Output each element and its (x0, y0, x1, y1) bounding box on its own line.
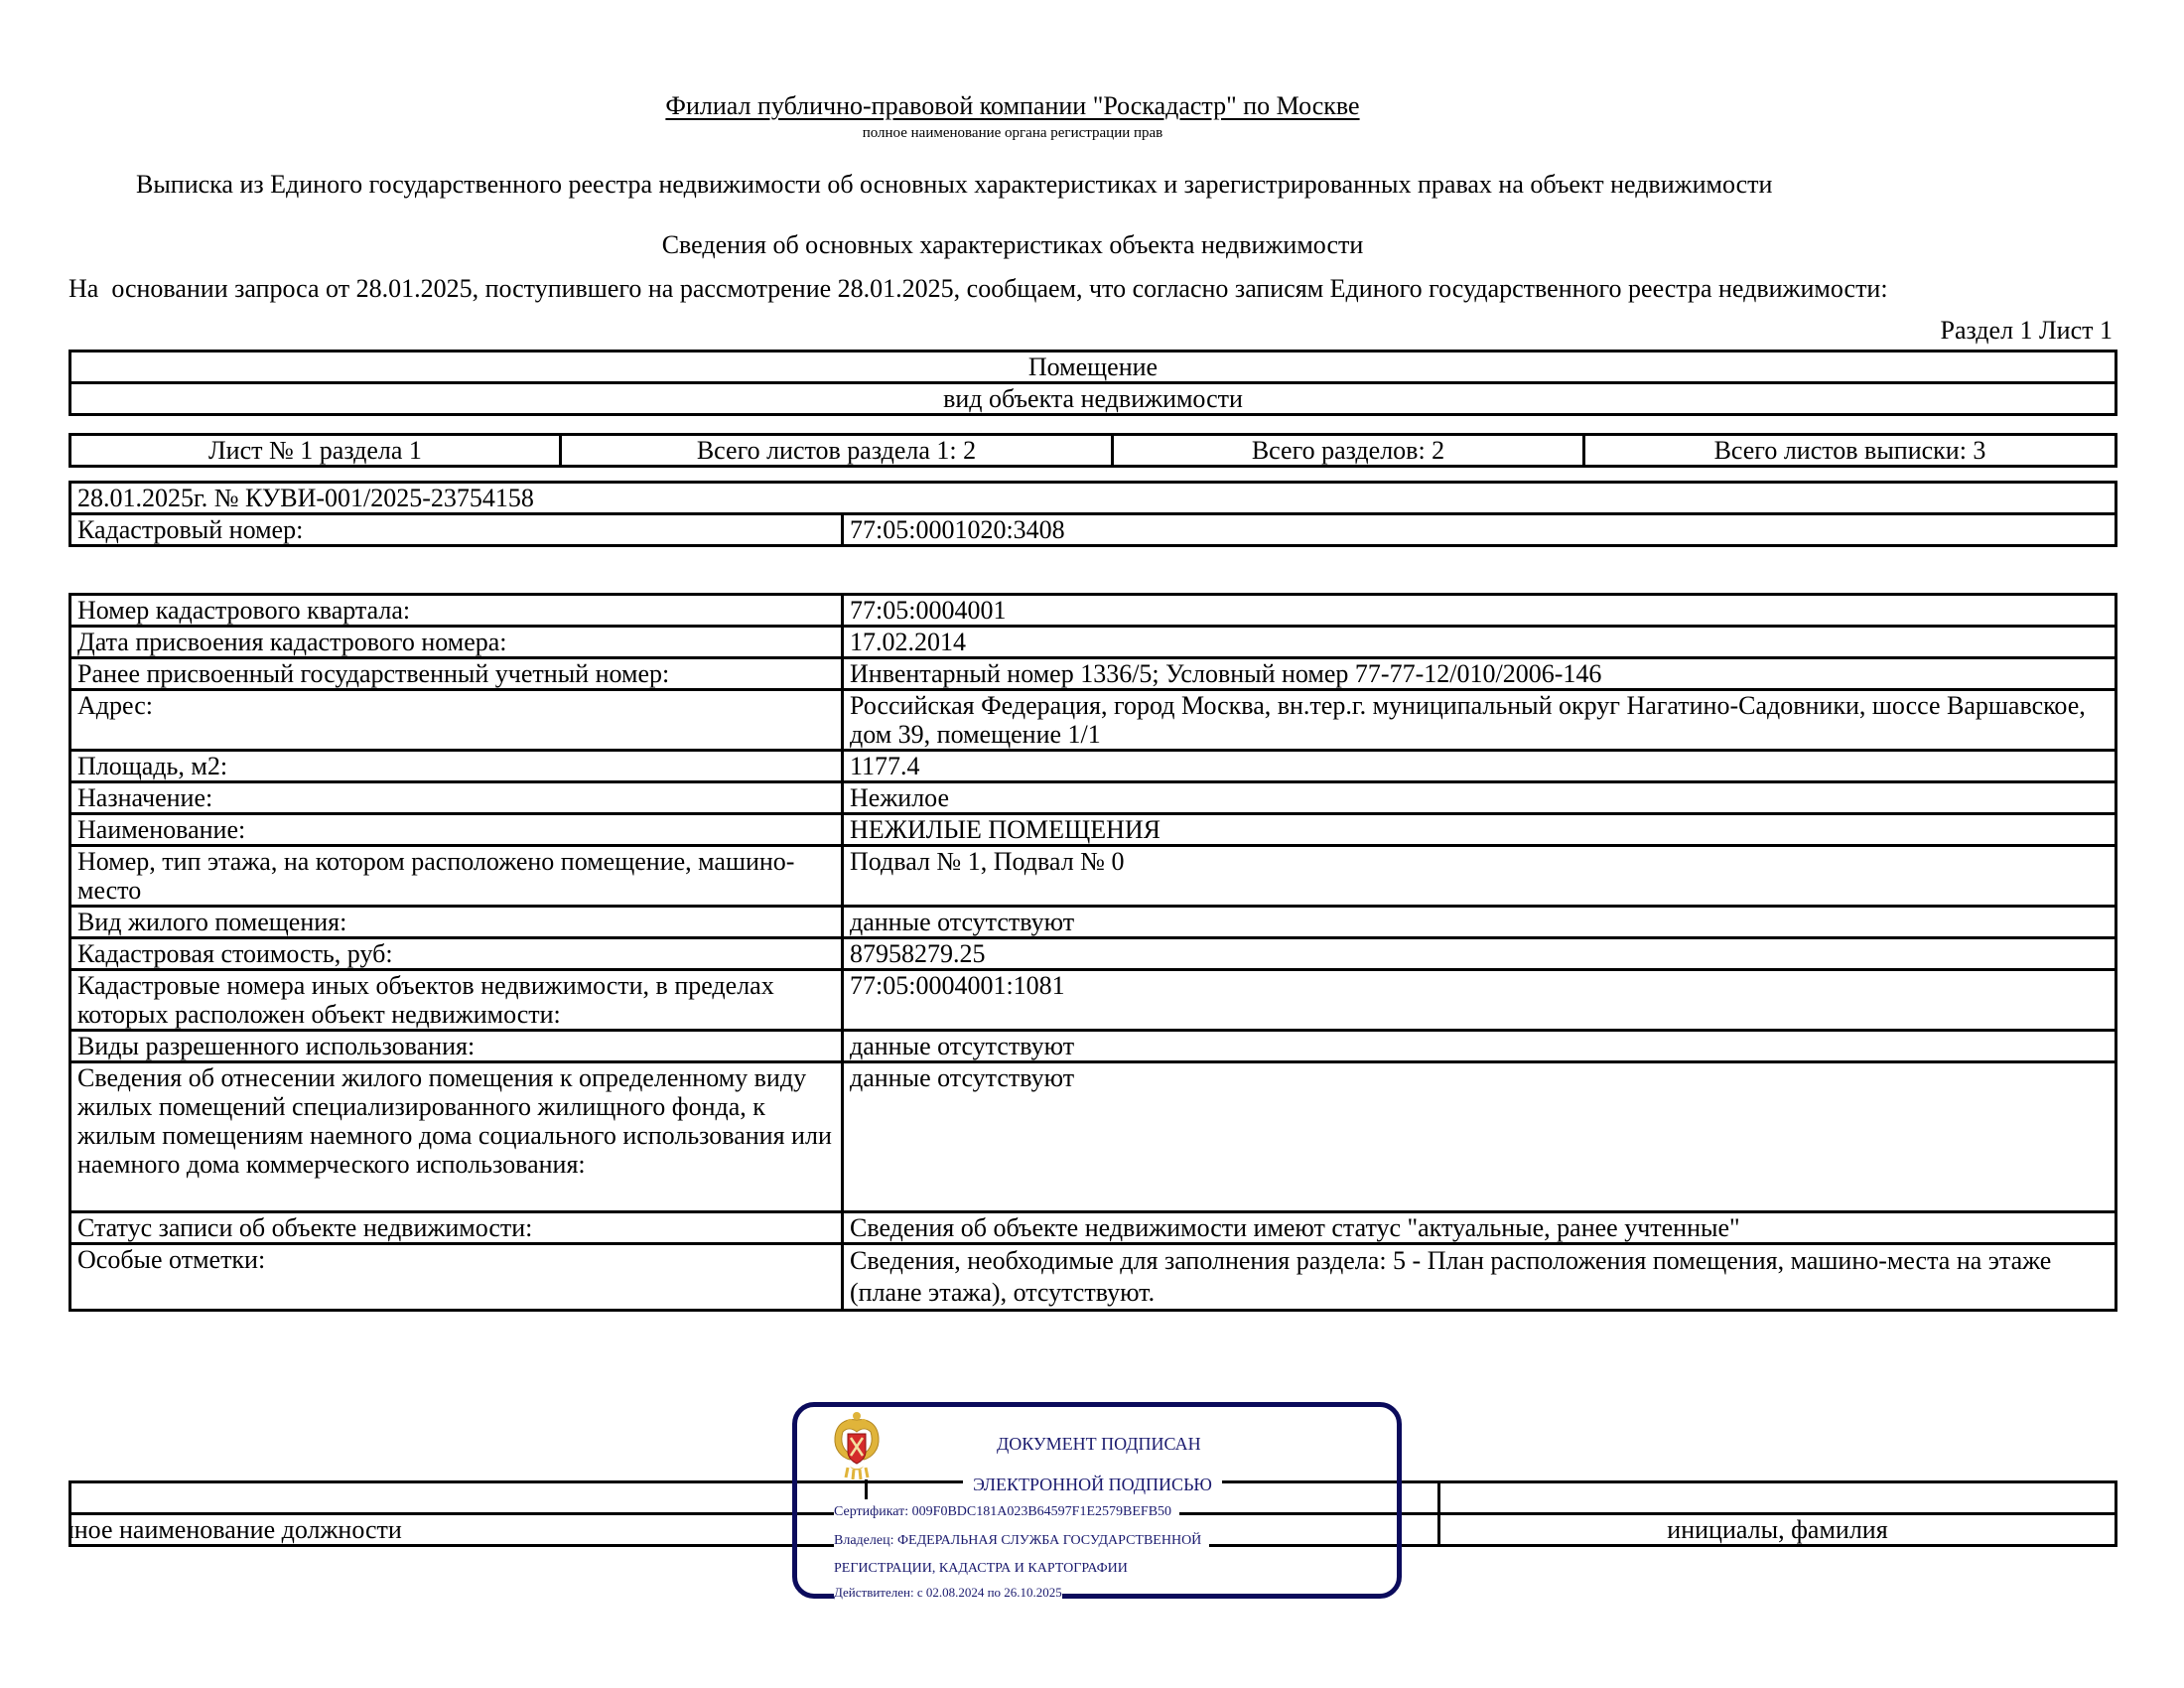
table-row: Номер кадастрового квартала:77:05:000400… (70, 595, 2116, 627)
characteristics-table: Номер кадастрового квартала:77:05:000400… (68, 593, 2117, 1312)
table-row: Дата присвоения кадастрового номера:17.0… (70, 627, 2116, 658)
stamp-title-line2: ЭЛЕКТРОННОЙ ПОДПИСЬЮ (963, 1474, 1222, 1495)
request-number: 28.01.2025г. № КУВИ-001/2025-23754158 (70, 483, 2116, 514)
section-sheet-label: Раздел 1 Лист 1 (1941, 316, 2114, 346)
row-value: данные отсутствуют (843, 907, 2116, 938)
cadastral-number-value: 77:05:0001020:3408 (843, 514, 2116, 546)
table-row: Виды разрешенного использования:данные о… (70, 1031, 2116, 1062)
document-title: Выписка из Единого государственного реес… (136, 170, 1772, 200)
position-caption-text: полное наименование должности (70, 1515, 402, 1544)
row-label: Кадастровая стоимость, руб: (70, 938, 843, 970)
row-label: Наименование: (70, 814, 843, 846)
name-field (1439, 1482, 2116, 1514)
sections-total: Всего разделов: 2 (1113, 435, 1584, 467)
row-label: Назначение: (70, 782, 843, 814)
name-caption: инициалы, фамилия (1439, 1514, 2116, 1546)
extract-sheets-total: Всего листов выписки: 3 (1584, 435, 2116, 467)
table-row: Адрес:Российская Федерация, город Москва… (70, 690, 2116, 751)
table-row: Статус записи об объекте недвижимости:Св… (70, 1211, 2116, 1243)
row-value: Нежилое (843, 782, 2116, 814)
row-label: Адрес: (70, 690, 843, 751)
row-label: Особые отметки: (70, 1243, 843, 1310)
organization-name: Филиал публично-правовой компании "Роска… (0, 91, 2025, 121)
row-label: Номер кадастрового квартала: (70, 595, 843, 627)
stamp-owner-line1: Владелец: ФЕДЕРАЛЬНАЯ СЛУЖБА ГОСУДАРСТВЕ… (834, 1532, 1209, 1550)
organization-caption: полное наименование органа регистрации п… (0, 125, 2025, 141)
table-row: Назначение:Нежилое (70, 782, 2116, 814)
basis-text: На основании запроса от 28.01.2025, пост… (68, 274, 1888, 304)
row-value: Сведения, необходимые для заполнения раз… (843, 1243, 2116, 1310)
section-sheets-total: Всего листов раздела 1: 2 (561, 435, 1113, 467)
row-label: Статус записи об объекте недвижимости: (70, 1211, 843, 1243)
emblem-tick (865, 1479, 868, 1499)
table-row: Особые отметки:Сведения, необходимые для… (70, 1243, 2116, 1310)
row-value: Подвал № 1, Подвал № 0 (843, 846, 2116, 907)
object-kind-value: Помещение (70, 352, 2116, 383)
row-label: Виды разрешенного использования: (70, 1031, 843, 1062)
stamp-certificate: Сертификат: 009F0BDC181A023B64597F1E2579… (834, 1503, 1179, 1521)
row-value: НЕЖИЛЫЕ ПОМЕЩЕНИЯ (843, 814, 2116, 846)
organization-name-text: Филиал публично-правовой компании "Роска… (665, 91, 1359, 120)
row-label: Сведения об отнесении жилого помещения к… (70, 1062, 843, 1212)
row-label: Номер, тип этажа, на котором расположено… (70, 846, 843, 907)
row-value: 77:05:0004001:1081 (843, 970, 2116, 1031)
russian-coat-of-arms-icon (832, 1410, 882, 1481)
row-label: Ранее присвоенный государственный учетны… (70, 658, 843, 690)
row-value: 17.02.2014 (843, 627, 2116, 658)
table-row: Площадь, м2:1177.4 (70, 751, 2116, 782)
object-kind-table: Помещение вид объекта недвижимости (68, 350, 2117, 416)
cadastral-number-label: Кадастровый номер: (70, 514, 843, 546)
row-value: 77:05:0004001 (843, 595, 2116, 627)
row-value: данные отсутствуют (843, 1031, 2116, 1062)
sheet-number: Лист № 1 раздела 1 (70, 435, 561, 467)
table-row: Ранее присвоенный государственный учетны… (70, 658, 2116, 690)
table-row: Сведения об отнесении жилого помещения к… (70, 1062, 2116, 1212)
table-row: Кадастровые номера иных объектов недвижи… (70, 970, 2116, 1031)
row-label: Дата присвоения кадастрового номера: (70, 627, 843, 658)
row-value: данные отсутствуют (843, 1062, 2116, 1212)
stamp-owner-line2: РЕГИСТРАЦИИ, КАДАСТРА И КАРТОГРАФИИ (834, 1560, 1128, 1578)
row-value: 87958279.25 (843, 938, 2116, 970)
row-value: Российская Федерация, город Москва, вн.т… (843, 690, 2116, 751)
row-label: Кадастровые номера иных объектов недвижи… (70, 970, 843, 1031)
stamp-validity: Действителен: с 02.08.2024 по 26.10.2025 (834, 1585, 1062, 1601)
stamp-title-line1: ДОКУМЕНТ ПОДПИСАН (993, 1433, 1205, 1455)
table-row: Вид жилого помещения:данные отсутствуют (70, 907, 2116, 938)
request-table: 28.01.2025г. № КУВИ-001/2025-23754158 Ка… (68, 481, 2117, 547)
object-kind-caption: вид объекта недвижимости (70, 383, 2116, 415)
row-value: Сведения об объекте недвижимости имеют с… (843, 1211, 2116, 1243)
table-row: Кадастровая стоимость, руб:87958279.25 (70, 938, 2116, 970)
section-title: Сведения об основных характеристиках объ… (0, 230, 2025, 260)
table-row: Номер, тип этажа, на котором расположено… (70, 846, 2116, 907)
sheets-table: Лист № 1 раздела 1 Всего листов раздела … (68, 433, 2117, 468)
row-value: Инвентарный номер 1336/5; Условный номер… (843, 658, 2116, 690)
row-label: Площадь, м2: (70, 751, 843, 782)
table-row: Наименование:НЕЖИЛЫЕ ПОМЕЩЕНИЯ (70, 814, 2116, 846)
row-value: 1177.4 (843, 751, 2116, 782)
row-label: Вид жилого помещения: (70, 907, 843, 938)
